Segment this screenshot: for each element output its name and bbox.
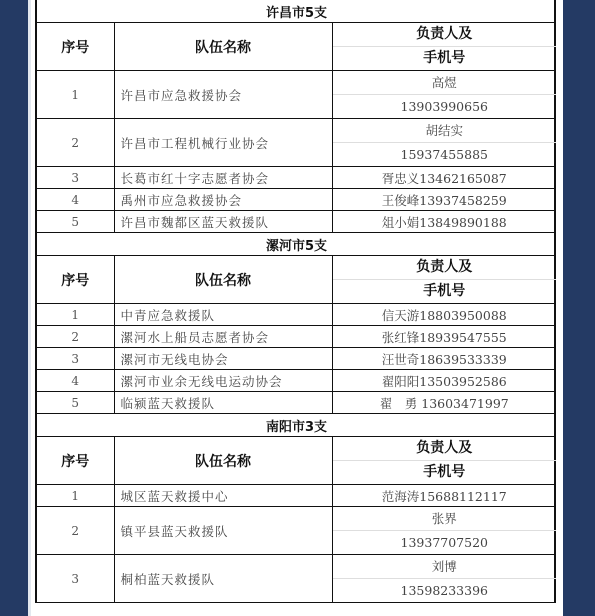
table-row: 5 临颍蓝天救援队 翟 勇 13603471997 — [37, 392, 556, 414]
row-contact: 张界 13937707520 — [332, 507, 556, 555]
row-team-name: 中青应急救援队 — [114, 304, 332, 326]
row-team-name: 漯河市业余无线电运动协会 — [114, 370, 332, 392]
table-row: 1 中青应急救援队 信天游18803950088 — [37, 304, 556, 326]
section-title-row: 南阳市3支 — [37, 414, 556, 437]
table-row: 3 桐柏蓝天救援队 刘博 13598233396 — [37, 555, 556, 603]
table-row: 2 漯河水上船员志愿者协会 张红锋18939547555 — [37, 326, 556, 348]
section-title: 许昌市5支 — [37, 0, 556, 23]
row-index: 4 — [37, 189, 114, 211]
contact-name: 张界 — [333, 507, 557, 530]
row-team-name: 漯河水上船员志愿者协会 — [114, 326, 332, 348]
row-contact: 胥忠义13462165087 — [332, 167, 556, 189]
rescue-teams-table: 许昌市5支 序号 队伍名称 负责人及 手机号 1 许昌市应急救援协会 高煜 13… — [37, 0, 556, 603]
column-header-row: 序号 队伍名称 负责人及 手机号 — [37, 256, 556, 304]
row-team-name: 许昌市工程机械行业协会 — [114, 119, 332, 167]
header-index: 序号 — [37, 437, 114, 485]
row-team-name: 禹州市应急救援协会 — [114, 189, 332, 211]
header-team-name: 队伍名称 — [114, 256, 332, 304]
contact-phone: 13937707520 — [333, 530, 557, 554]
row-index: 2 — [37, 507, 114, 555]
contact-phone: 15937455885 — [333, 142, 557, 166]
row-contact: 王俊峰13937458259 — [332, 189, 556, 211]
contact-name: 胡结实 — [333, 119, 557, 142]
contact-phone: 13903990656 — [333, 94, 557, 118]
header-contact-line2: 手机号 — [333, 46, 557, 70]
row-index: 1 — [37, 485, 114, 507]
header-contact-line1: 负责人及 — [333, 256, 557, 279]
section-title-row: 漯河市5支 — [37, 233, 556, 256]
row-contact: 翟阳阳13503952586 — [332, 370, 556, 392]
contact-phone: 13598233396 — [333, 578, 557, 602]
row-contact: 俎小娟13849890188 — [332, 211, 556, 233]
row-index: 3 — [37, 348, 114, 370]
row-index: 1 — [37, 71, 114, 119]
table-row: 3 长葛市红十字志愿者协会 胥忠义13462165087 — [37, 167, 556, 189]
row-contact: 汪世奇18639533339 — [332, 348, 556, 370]
row-index: 2 — [37, 326, 114, 348]
table-row: 4 禹州市应急救援协会 王俊峰13937458259 — [37, 189, 556, 211]
row-team-name: 镇平县蓝天救援队 — [114, 507, 332, 555]
header-index: 序号 — [37, 256, 114, 304]
section-title-row: 许昌市5支 — [37, 0, 556, 23]
row-contact: 张红锋18939547555 — [332, 326, 556, 348]
spreadsheet-table: 许昌市5支 序号 队伍名称 负责人及 手机号 1 许昌市应急救援协会 高煜 13… — [35, 0, 556, 603]
row-team-name: 临颍蓝天救援队 — [114, 392, 332, 414]
header-contact: 负责人及 手机号 — [332, 437, 556, 485]
column-header-row: 序号 队伍名称 负责人及 手机号 — [37, 23, 556, 71]
row-index: 3 — [37, 555, 114, 603]
row-team-name: 长葛市红十字志愿者协会 — [114, 167, 332, 189]
header-index: 序号 — [37, 23, 114, 71]
table-row: 5 许昌市魏都区蓝天救援队 俎小娟13849890188 — [37, 211, 556, 233]
row-contact: 刘博 13598233396 — [332, 555, 556, 603]
row-team-name: 城区蓝天救援中心 — [114, 485, 332, 507]
table-row: 3 漯河市无线电协会 汪世奇18639533339 — [37, 348, 556, 370]
row-team-name: 许昌市魏都区蓝天救援队 — [114, 211, 332, 233]
row-index: 5 — [37, 392, 114, 414]
header-contact: 负责人及 手机号 — [332, 256, 556, 304]
row-contact: 范海涛15688112117 — [332, 485, 556, 507]
header-team-name: 队伍名称 — [114, 437, 332, 485]
header-contact-line1: 负责人及 — [333, 437, 557, 460]
section-title: 漯河市5支 — [37, 233, 556, 256]
contact-name: 高煜 — [333, 71, 557, 94]
section-title: 南阳市3支 — [37, 414, 556, 437]
table-row: 2 许昌市工程机械行业协会 胡结实 15937455885 — [37, 119, 556, 167]
row-index: 3 — [37, 167, 114, 189]
row-team-name: 桐柏蓝天救援队 — [114, 555, 332, 603]
row-index: 2 — [37, 119, 114, 167]
header-contact-line2: 手机号 — [333, 279, 557, 303]
table-row: 2 镇平县蓝天救援队 张界 13937707520 — [37, 507, 556, 555]
header-contact-line1: 负责人及 — [333, 23, 557, 46]
row-contact: 翟 勇 13603471997 — [332, 392, 556, 414]
header-contact: 负责人及 手机号 — [332, 23, 556, 71]
row-index: 5 — [37, 211, 114, 233]
row-contact: 信天游18803950088 — [332, 304, 556, 326]
row-team-name: 漯河市无线电协会 — [114, 348, 332, 370]
table-row: 1 许昌市应急救援协会 高煜 13903990656 — [37, 71, 556, 119]
row-contact: 胡结实 15937455885 — [332, 119, 556, 167]
row-index: 1 — [37, 304, 114, 326]
table-row: 4 漯河市业余无线电运动协会 翟阳阳13503952586 — [37, 370, 556, 392]
header-team-name: 队伍名称 — [114, 23, 332, 71]
table-row: 1 城区蓝天救援中心 范海涛15688112117 — [37, 485, 556, 507]
column-header-row: 序号 队伍名称 负责人及 手机号 — [37, 437, 556, 485]
header-contact-line2: 手机号 — [333, 460, 557, 484]
row-team-name: 许昌市应急救援协会 — [114, 71, 332, 119]
row-index: 4 — [37, 370, 114, 392]
contact-name: 刘博 — [333, 555, 557, 578]
row-contact: 高煜 13903990656 — [332, 71, 556, 119]
